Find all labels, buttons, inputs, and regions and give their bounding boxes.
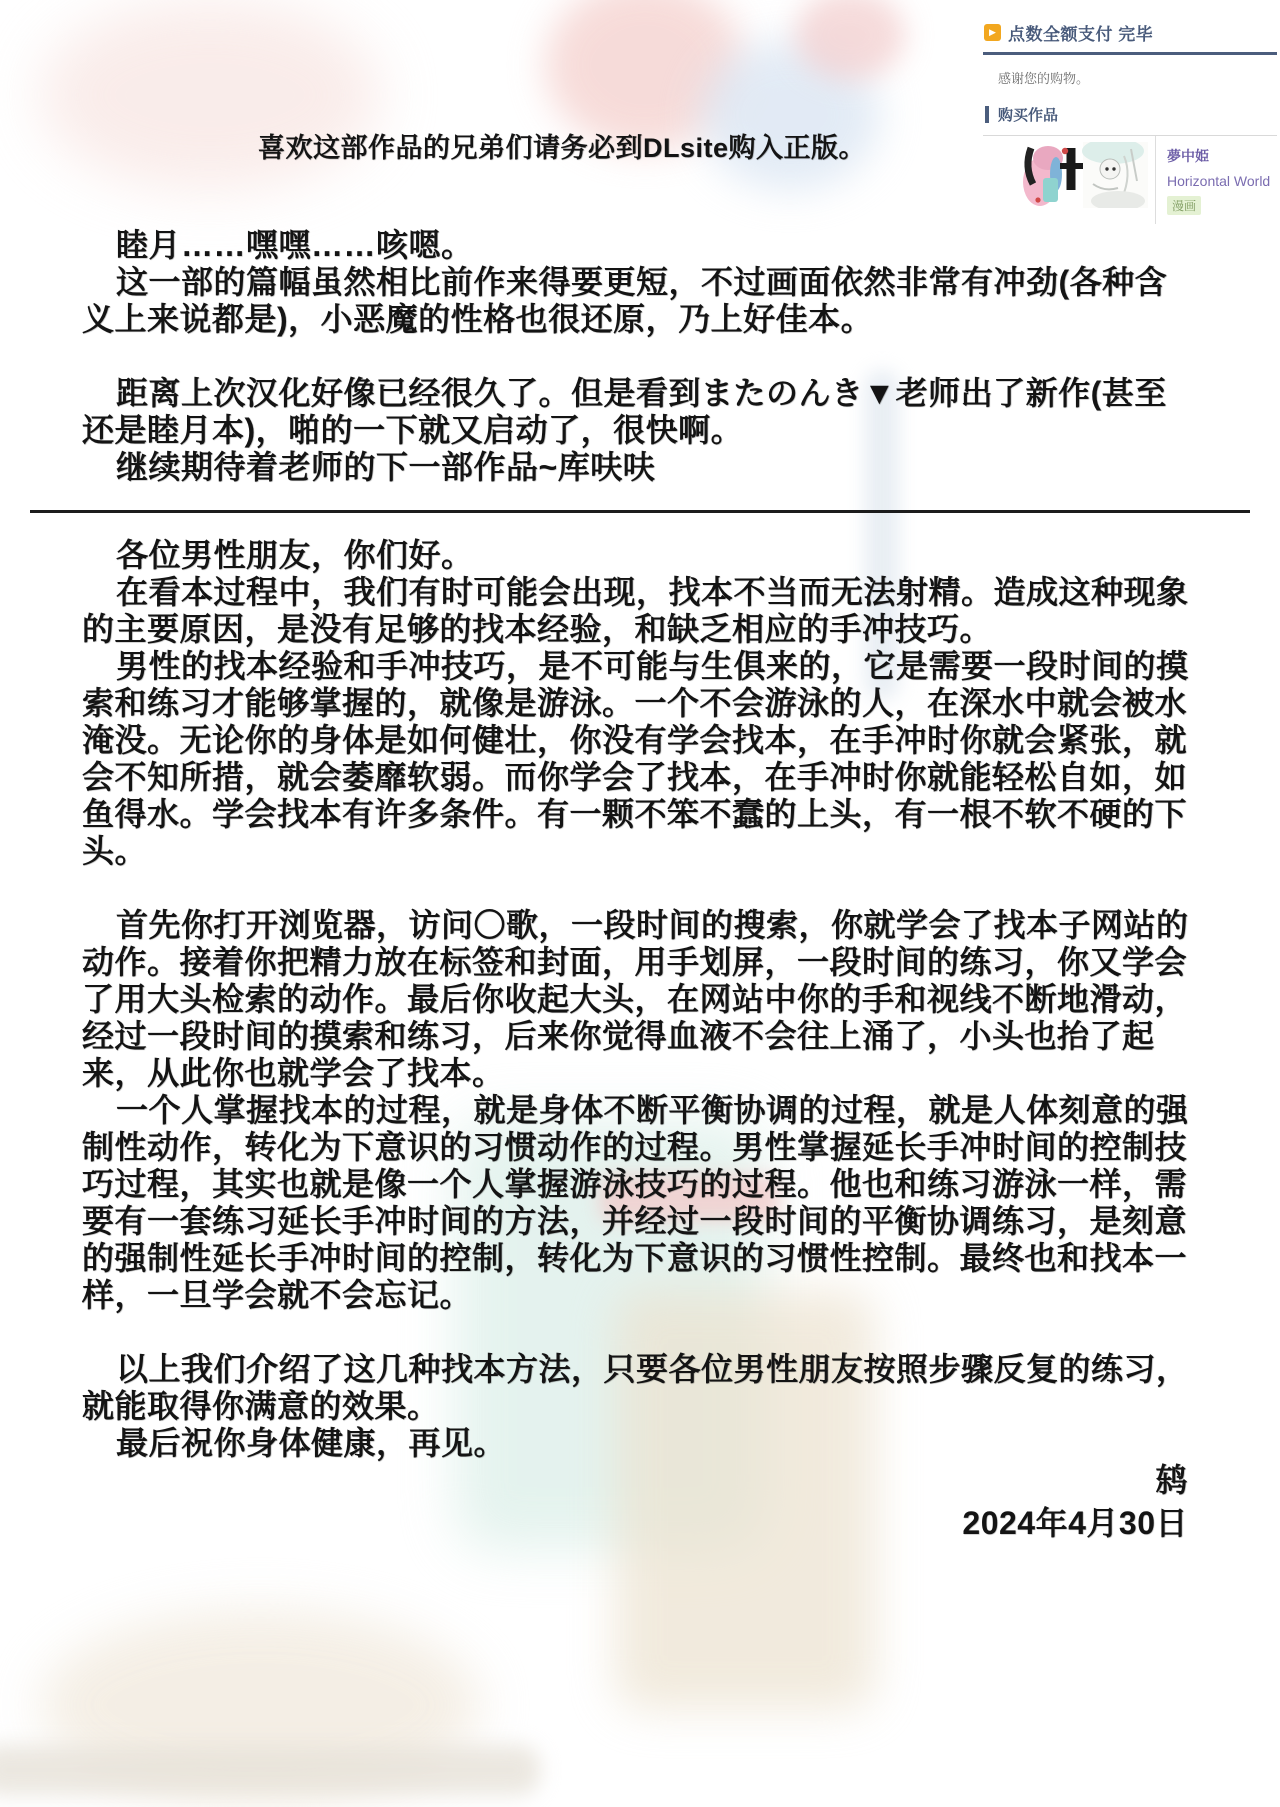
thumbnail-cell bbox=[983, 136, 1155, 224]
paragraph: 各位男性朋友，你们好。 bbox=[82, 537, 1196, 574]
purchased-product-row: 夢中姫 Horizontal World 漫画 bbox=[983, 136, 1277, 224]
paragraph: 距离上次汉化好像已经很久了。但是看到またのんき▼老师出了新作(甚至还是睦月本)，… bbox=[82, 375, 1196, 449]
product-thumbnail[interactable] bbox=[1018, 142, 1148, 208]
paragraph: 睦月……嘿嘿……咳嗯。 bbox=[82, 227, 1196, 264]
product-title-link[interactable]: 夢中姫 bbox=[1167, 146, 1277, 166]
paragraph: 一个人掌握找本的过程，就是身体不断平衡协调的过程，就是人体刻意的强制性动作，转化… bbox=[82, 1092, 1196, 1314]
paragraph: 这一部的篇幅虽然相比前作来得要更短，不过画面依然非常有冲劲(各种含义上来说都是)… bbox=[82, 264, 1196, 338]
buy-official-notice: 喜欢这部作品的兄弟们请务必到DLsite购入正版。 bbox=[82, 130, 1042, 167]
purchased-works-label: 购买作品 bbox=[998, 104, 1058, 125]
heading-bar bbox=[985, 106, 989, 123]
paragraph: 继续期待着老师的下一部作品~库呋呋 bbox=[82, 449, 1196, 486]
paragraph: 首先你打开浏览器，访问〇歌，一段时间的搜索，你就学会了找本子网站的动作。接着你把… bbox=[82, 907, 1196, 1092]
translator-signature: 鸫 bbox=[82, 1462, 1196, 1499]
afterword-page: { "panel": { "header_title": "点数全额支付 完毕"… bbox=[0, 0, 1280, 1807]
purchase-complete-header: ▶ 点数全额支付 完毕 bbox=[983, 12, 1277, 55]
product-cover-art bbox=[1018, 142, 1148, 208]
purchase-confirmation-panel: ▶ 点数全额支付 完毕 感谢您的购物。 购买作品 bbox=[983, 12, 1277, 224]
product-info-cell: 夢中姫 Horizontal World 漫画 bbox=[1155, 136, 1277, 224]
play-icon: ▶ bbox=[984, 24, 1001, 41]
paragraph: 以上我们介绍了这几种找本方法，只要各位男性朋友按照步骤反复的练习，就能取得你满意… bbox=[82, 1351, 1196, 1425]
background-plate-edge bbox=[0, 1745, 540, 1795]
date: 2024年4月30日 bbox=[82, 1505, 1196, 1542]
purchased-works-heading: 购买作品 bbox=[985, 104, 1277, 125]
paragraph: 在看本过程中，我们有时可能会出现，找本不当而无法射精。造成这种现象的主要原因，是… bbox=[82, 574, 1196, 648]
purchase-complete-title: 点数全额支付 完毕 bbox=[1008, 20, 1153, 45]
background-beige-spheres bbox=[40, 1610, 480, 1800]
thanks-message: 感谢您的购物。 bbox=[998, 68, 1277, 87]
category-badge: 漫画 bbox=[1167, 196, 1201, 215]
section-divider bbox=[30, 510, 1250, 513]
circle-name: Horizontal World bbox=[1167, 173, 1277, 189]
paragraph: 男性的找本经验和手冲技巧，是不可能与生俱来的，它是需要一段时间的摸索和练习才能够… bbox=[82, 648, 1196, 870]
paragraph: 最后祝你身体健康，再见。 bbox=[82, 1425, 1196, 1462]
afterword-text: 喜欢这部作品的兄弟们请务必到DLsite购入正版。 睦月……嘿嘿……咳嗯。 这一… bbox=[82, 0, 1196, 1542]
